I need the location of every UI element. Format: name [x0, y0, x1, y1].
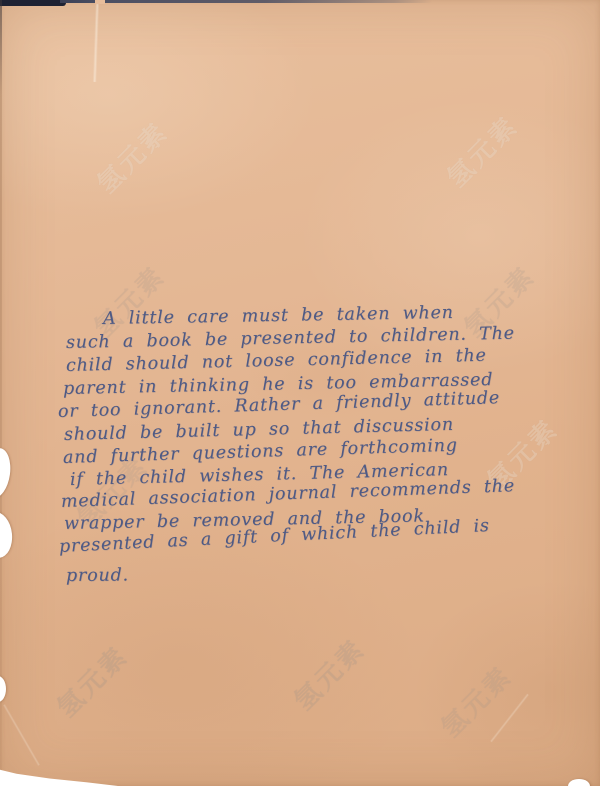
- scan-top-edge-line: [60, 0, 432, 3]
- paper-background: [0, 0, 600, 786]
- torn-edge-notch: [568, 779, 590, 786]
- scan-left-edge-shadow: [0, 0, 2, 786]
- scanned-document-page: 氢元素 氢元素 氢元素 氢元素 氢元素 氢元素 氢元素 氢元素 氢元素 A li…: [0, 0, 600, 786]
- scan-top-edge-gap: [95, 0, 105, 4]
- scan-top-edge-shadow: [0, 0, 66, 6]
